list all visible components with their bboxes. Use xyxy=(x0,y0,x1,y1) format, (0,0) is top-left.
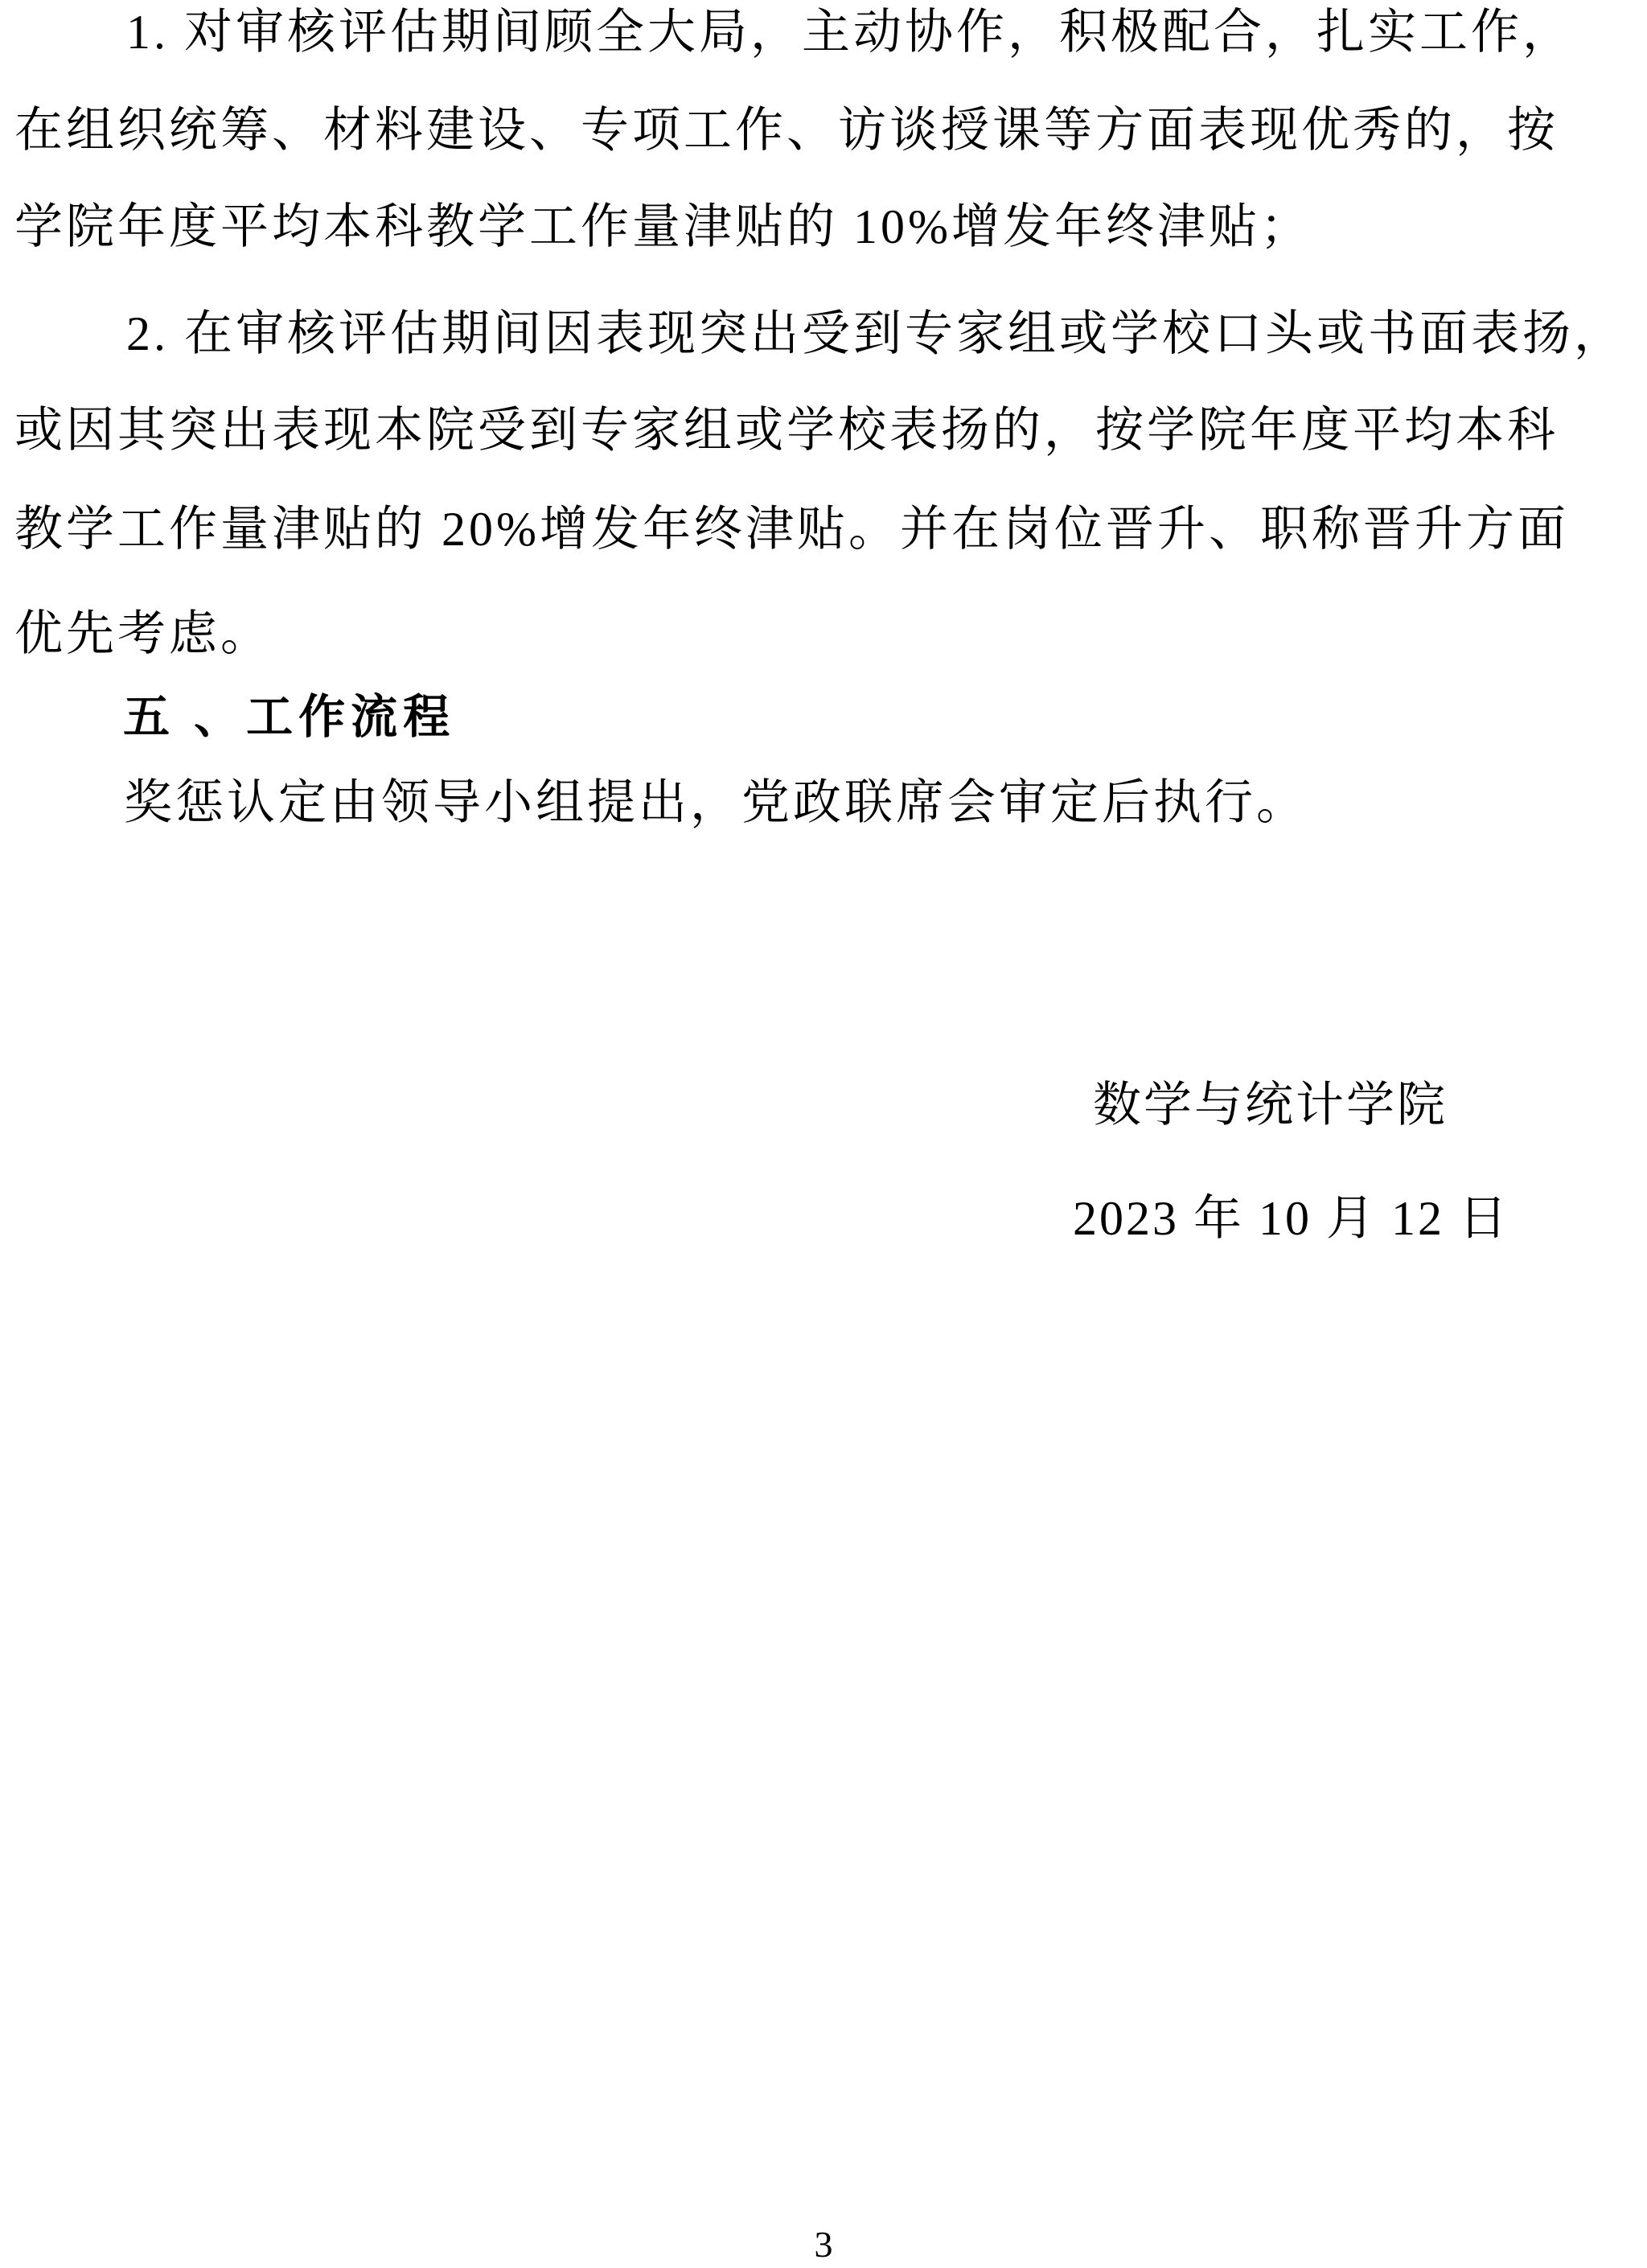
document-page: 1. 对审核评估期间顾全大局，主动协作，积极配合，扎实工作， 在组织统筹、材料建… xyxy=(0,0,1647,2268)
section-heading: 五 、工作流程 xyxy=(123,694,455,741)
paragraph-3-line-1: 奖惩认定由领导小组提出，党政联席会审定后执行。 xyxy=(124,779,1308,827)
page-number: 3 xyxy=(0,2226,1647,2263)
paragraph-1-line-2: 在组织统筹、材料建设、专项工作、访谈授课等方面表现优秀的，按 xyxy=(14,106,1559,154)
paragraph-1-line-3: 学院年度平均本科教学工作量津贴的 10%增发年终津贴； xyxy=(14,203,1312,251)
signature-organization: 数学与统计学院 xyxy=(1093,1081,1448,1129)
paragraph-2-line-1: 2. 在审核评估期间因表现突出受到专家组或学校口头或书面表扬， xyxy=(126,310,1625,358)
paragraph-1-line-1: 1. 对审核评估期间顾全大局，主动协作，积极配合，扎实工作， xyxy=(126,8,1574,56)
paragraph-2-line-2: 或因其突出表现本院受到专家组或学校表扬的，按学院年度平均本科 xyxy=(14,406,1559,454)
signature-date: 2023 年 10 月 12 日 xyxy=(1073,1194,1509,1243)
paragraph-2-line-4: 优先考虑。 xyxy=(14,610,272,658)
paragraph-2-line-3: 教学工作量津贴的 20%增发年终津贴。并在岗位晋升、职称晋升方面 xyxy=(14,505,1569,553)
